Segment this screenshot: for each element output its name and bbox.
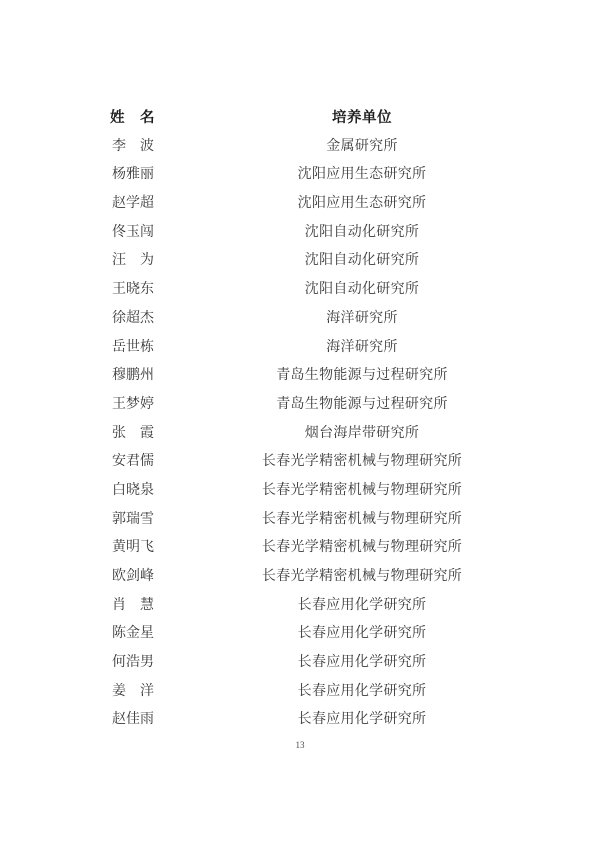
- table-row: 王晓东 沈阳自动化研究所: [0, 276, 600, 305]
- table-row: 张 霞 烟台海岸带研究所: [0, 420, 600, 449]
- table-row: 肖 慧 长春应用化学研究所: [0, 592, 600, 621]
- student-name: 何浩男: [112, 649, 154, 678]
- training-unit: 长春光学精密机械与物理研究所: [162, 534, 562, 563]
- student-name: 佟玉闯: [112, 219, 154, 248]
- student-name: 赵学超: [112, 190, 154, 219]
- student-name: 杨雅丽: [112, 161, 154, 190]
- table-row: 岳世栋 海洋研究所: [0, 334, 600, 363]
- table-header-row: 姓 名 培养单位: [0, 104, 600, 133]
- student-name: 陈金星: [112, 620, 154, 649]
- training-unit: 沈阳自动化研究所: [162, 276, 562, 305]
- table-row: 赵佳雨 长春应用化学研究所: [0, 706, 600, 735]
- training-unit: 长春应用化学研究所: [162, 678, 562, 707]
- training-unit: 长春应用化学研究所: [162, 706, 562, 735]
- table-row: 徐超杰 海洋研究所: [0, 305, 600, 334]
- student-name: 姜 洋: [112, 678, 154, 707]
- training-unit: 沈阳应用生态研究所: [162, 161, 562, 190]
- training-unit: 长春光学精密机械与物理研究所: [162, 563, 562, 592]
- roster-table: 姓 名 培养单位 李 波 金属研究所 杨雅丽 沈阳应用生态研究所 赵学超 沈阳应…: [0, 104, 600, 735]
- table-row: 赵学超 沈阳应用生态研究所: [0, 190, 600, 219]
- name-column-header: 姓 名: [110, 104, 155, 133]
- training-unit: 青岛生物能源与过程研究所: [162, 362, 562, 391]
- training-unit: 长春光学精密机械与物理研究所: [162, 506, 562, 535]
- student-name: 肖 慧: [112, 592, 154, 621]
- training-unit: 沈阳自动化研究所: [162, 219, 562, 248]
- student-name: 黄明飞: [112, 534, 154, 563]
- student-name: 汪 为: [112, 247, 154, 276]
- student-name: 赵佳雨: [112, 706, 154, 735]
- student-name: 安君儒: [112, 448, 154, 477]
- table-row: 陈金星 长春应用化学研究所: [0, 620, 600, 649]
- student-name: 徐超杰: [112, 305, 154, 334]
- student-name: 李 波: [112, 133, 154, 162]
- student-name: 穆鹏州: [112, 362, 154, 391]
- training-unit: 沈阳自动化研究所: [162, 247, 562, 276]
- table-row: 王梦婷 青岛生物能源与过程研究所: [0, 391, 600, 420]
- training-unit: 长春光学精密机械与物理研究所: [162, 477, 562, 506]
- table-row: 安君儒 长春光学精密机械与物理研究所: [0, 448, 600, 477]
- training-unit: 长春应用化学研究所: [162, 649, 562, 678]
- training-unit: 长春光学精密机械与物理研究所: [162, 448, 562, 477]
- training-unit: 烟台海岸带研究所: [162, 420, 562, 449]
- training-unit: 海洋研究所: [162, 305, 562, 334]
- table-row: 欧剑峰 长春光学精密机械与物理研究所: [0, 563, 600, 592]
- page-number: 13: [0, 738, 600, 752]
- student-name: 白晓泉: [112, 477, 154, 506]
- student-name: 郭瑞雪: [112, 506, 154, 535]
- table-row: 何浩男 长春应用化学研究所: [0, 649, 600, 678]
- table-row: 姜 洋 长春应用化学研究所: [0, 678, 600, 707]
- table-body: 李 波 金属研究所 杨雅丽 沈阳应用生态研究所 赵学超 沈阳应用生态研究所 佟玉…: [0, 133, 600, 735]
- table-row: 穆鹏州 青岛生物能源与过程研究所: [0, 362, 600, 391]
- table-row: 汪 为 沈阳自动化研究所: [0, 247, 600, 276]
- table-row: 黄明飞 长春光学精密机械与物理研究所: [0, 534, 600, 563]
- training-unit: 沈阳应用生态研究所: [162, 190, 562, 219]
- student-name: 王梦婷: [112, 391, 154, 420]
- training-unit-column-header: 培养单位: [162, 104, 562, 133]
- training-unit: 长春应用化学研究所: [162, 620, 562, 649]
- table-row: 佟玉闯 沈阳自动化研究所: [0, 219, 600, 248]
- training-unit: 金属研究所: [162, 133, 562, 162]
- table-row: 杨雅丽 沈阳应用生态研究所: [0, 161, 600, 190]
- table-row: 郭瑞雪 长春光学精密机械与物理研究所: [0, 506, 600, 535]
- student-name: 欧剑峰: [112, 563, 154, 592]
- student-name: 张 霞: [112, 420, 154, 449]
- table-row: 李 波 金属研究所: [0, 133, 600, 162]
- document-page: 姓 名 培养单位 李 波 金属研究所 杨雅丽 沈阳应用生态研究所 赵学超 沈阳应…: [0, 0, 600, 848]
- training-unit: 青岛生物能源与过程研究所: [162, 391, 562, 420]
- student-name: 王晓东: [112, 276, 154, 305]
- student-name: 岳世栋: [112, 334, 154, 363]
- training-unit: 海洋研究所: [162, 334, 562, 363]
- table-row: 白晓泉 长春光学精密机械与物理研究所: [0, 477, 600, 506]
- training-unit: 长春应用化学研究所: [162, 592, 562, 621]
